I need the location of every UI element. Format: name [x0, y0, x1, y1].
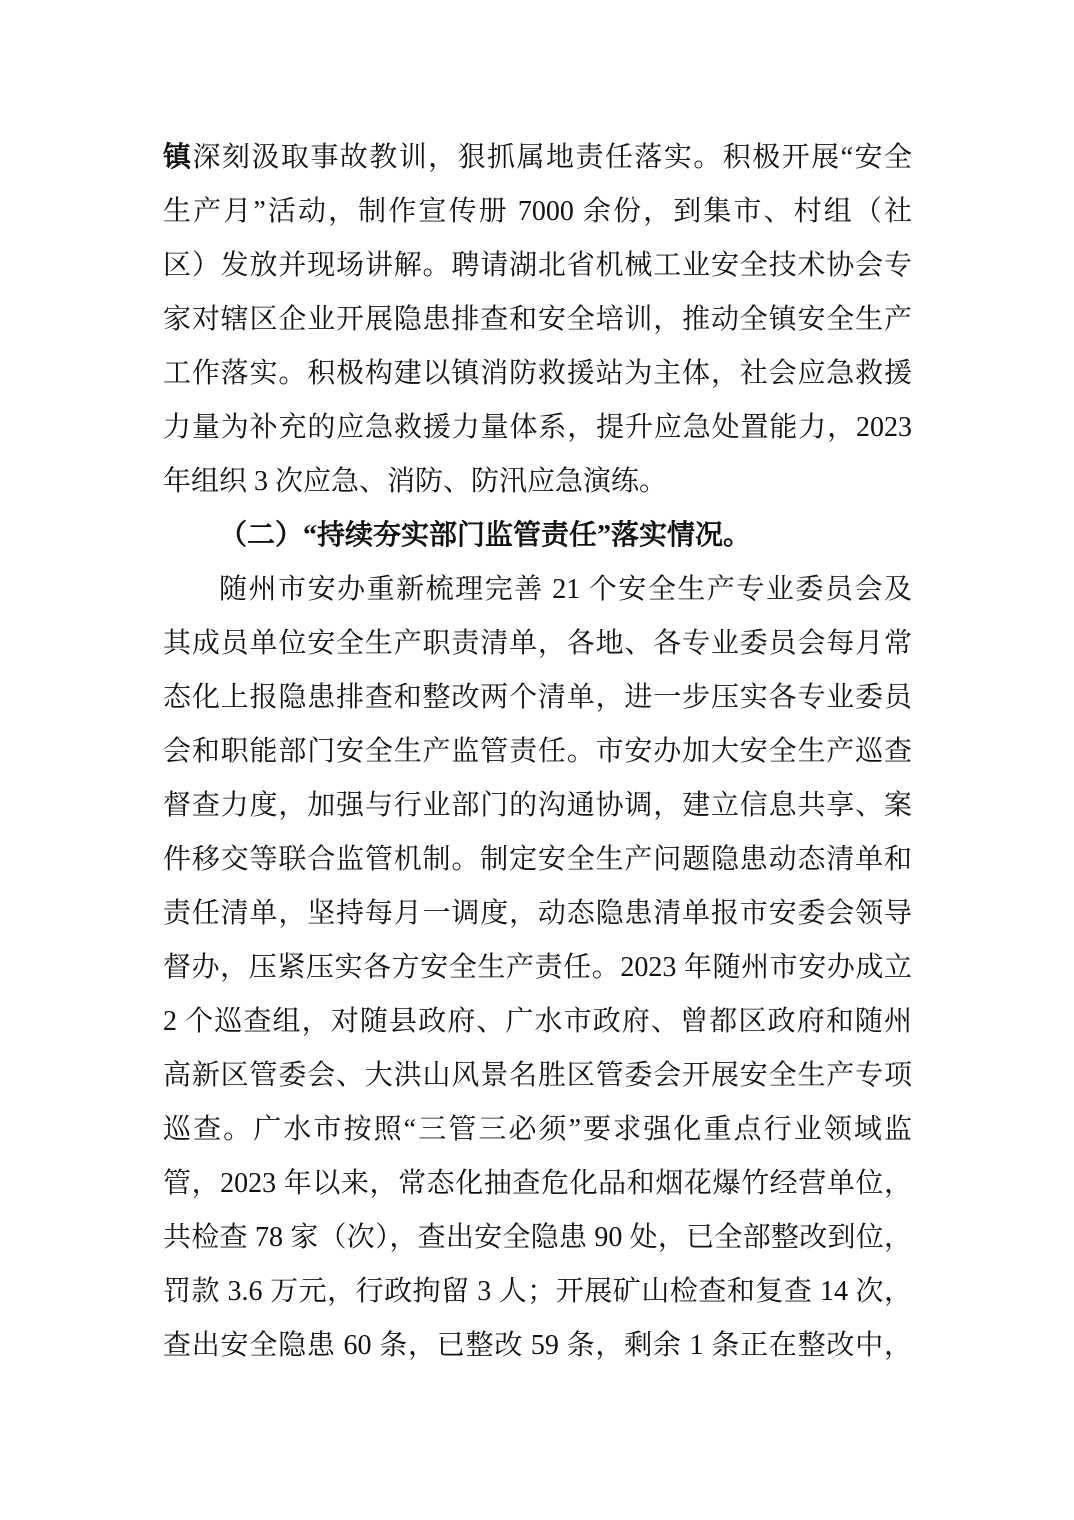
text-line: 责任清单，坚持每月一调度，动态隐患清单报市安委会领导 [163, 887, 912, 941]
text-run: 随州市安办重新梳理完善 21 个安全生产专业委员会及 [219, 574, 912, 605]
text-run: 家对辖区企业开展隐患排查和安全培训，推动全镇安全生产 [163, 304, 912, 335]
document-page: 镇深刻汲取事故教训，狠抓属地责任落实。积极开展“安全生产月”活动，制作宣传册 7… [0, 0, 1074, 1520]
text-line: 共检查 78 家（次），查出安全隐患 90 处，已全部整改到位， [163, 1211, 912, 1265]
text-line: 力量为补充的应急救援力量体系，提升应急处置能力，2023 [163, 401, 912, 455]
text-run: 共检查 78 家（次），查出安全隐患 90 处，已全部整改到位， [163, 1222, 912, 1253]
text-line: 查出安全隐患 60 条，已整改 59 条，剩余 1 条正在整改中， [163, 1319, 912, 1373]
text-line: 态化上报隐患排查和整改两个清单，进一步压实各专业委员 [163, 671, 912, 725]
text-line: 巡查。广水市按照“三管三必须”要求强化重点行业领域监 [163, 1103, 912, 1157]
text-run: 态化上报隐患排查和整改两个清单，进一步压实各专业委员 [163, 682, 912, 713]
text-run: 工作落实。积极构建以镇消防救援站为主体，社会应急救援 [163, 358, 912, 389]
bold-text-run: 镇 [163, 142, 192, 173]
text-line: 高新区管委会、大洪山风景名胜区管委会开展安全生产专项 [163, 1049, 912, 1103]
text-line: 其成员单位安全生产职责清单，各地、各专业委员会每月常 [163, 617, 912, 671]
text-run: 区）发放并现场讲解。聘请湖北省机械工业安全技术协会专 [163, 250, 912, 281]
text-line: 年组织 3 次应急、消防、防汛应急演练。 [163, 455, 912, 509]
text-line: 件移交等联合监管机制。制定安全生产问题隐患动态清单和 [163, 833, 912, 887]
text-run: 力量为补充的应急救援力量体系，提升应急处置能力，2023 [163, 412, 912, 443]
text-line: 随州市安办重新梳理完善 21 个安全生产专业委员会及 [163, 563, 912, 617]
bold-text-run: （二）“持续夯实部门监管责任”落实情况。 [219, 520, 751, 551]
text-run: 罚款 3.6 万元，行政拘留 3 人；开展矿山检查和复查 14 次， [163, 1276, 912, 1307]
text-line: 工作落实。积极构建以镇消防救援站为主体，社会应急救援 [163, 347, 912, 401]
text-run: 其成员单位安全生产职责清单，各地、各专业委员会每月常 [163, 628, 912, 659]
text-line: 生产月”活动，制作宣传册 7000 余份，到集市、村组（社 [163, 185, 912, 239]
text-run: 生产月”活动，制作宣传册 7000 余份，到集市、村组（社 [163, 196, 912, 227]
text-run: 会和职能部门安全生产监管责任。市安办加大安全生产巡查 [163, 736, 912, 767]
text-line: 家对辖区企业开展隐患排查和安全培训，推动全镇安全生产 [163, 293, 912, 347]
text-line: 督办，压紧压实各方安全生产责任。2023 年随州市安办成立 [163, 941, 912, 995]
text-run: 责任清单，坚持每月一调度，动态隐患清单报市安委会领导 [163, 898, 912, 929]
text-run: 管，2023 年以来，常态化抽查危化品和烟花爆竹经营单位， [163, 1168, 912, 1199]
text-run: 2 个巡查组，对随县政府、广水市政府、曾都区政府和随州 [163, 1006, 912, 1037]
text-line: 罚款 3.6 万元，行政拘留 3 人；开展矿山检查和复查 14 次， [163, 1265, 912, 1319]
text-line: 2 个巡查组，对随县政府、广水市政府、曾都区政府和随州 [163, 995, 912, 1049]
text-run: 高新区管委会、大洪山风景名胜区管委会开展安全生产专项 [163, 1060, 912, 1091]
text-line: （二）“持续夯实部门监管责任”落实情况。 [163, 509, 912, 563]
text-line: 区）发放并现场讲解。聘请湖北省机械工业安全技术协会专 [163, 239, 912, 293]
text-line: 镇深刻汲取事故教训，狠抓属地责任落实。积极开展“安全 [163, 131, 912, 185]
document-text-block: 镇深刻汲取事故教训，狠抓属地责任落实。积极开展“安全生产月”活动，制作宣传册 7… [163, 131, 912, 1373]
text-run: 查出安全隐患 60 条，已整改 59 条，剩余 1 条正在整改中， [163, 1330, 912, 1361]
text-run: 督办，压紧压实各方安全生产责任。2023 年随州市安办成立 [163, 952, 912, 983]
text-line: 督查力度，加强与行业部门的沟通协调，建立信息共享、案 [163, 779, 912, 833]
text-line: 管，2023 年以来，常态化抽查危化品和烟花爆竹经营单位， [163, 1157, 912, 1211]
text-run: 深刻汲取事故教训，狠抓属地责任落实。积极开展“安全 [192, 142, 912, 173]
text-run: 件移交等联合监管机制。制定安全生产问题隐患动态清单和 [163, 844, 912, 875]
text-run: 督查力度，加强与行业部门的沟通协调，建立信息共享、案 [163, 790, 912, 821]
text-run: 年组织 3 次应急、消防、防汛应急演练。 [163, 466, 667, 497]
text-line: 会和职能部门安全生产监管责任。市安办加大安全生产巡查 [163, 725, 912, 779]
text-run: 巡查。广水市按照“三管三必须”要求强化重点行业领域监 [163, 1114, 912, 1145]
